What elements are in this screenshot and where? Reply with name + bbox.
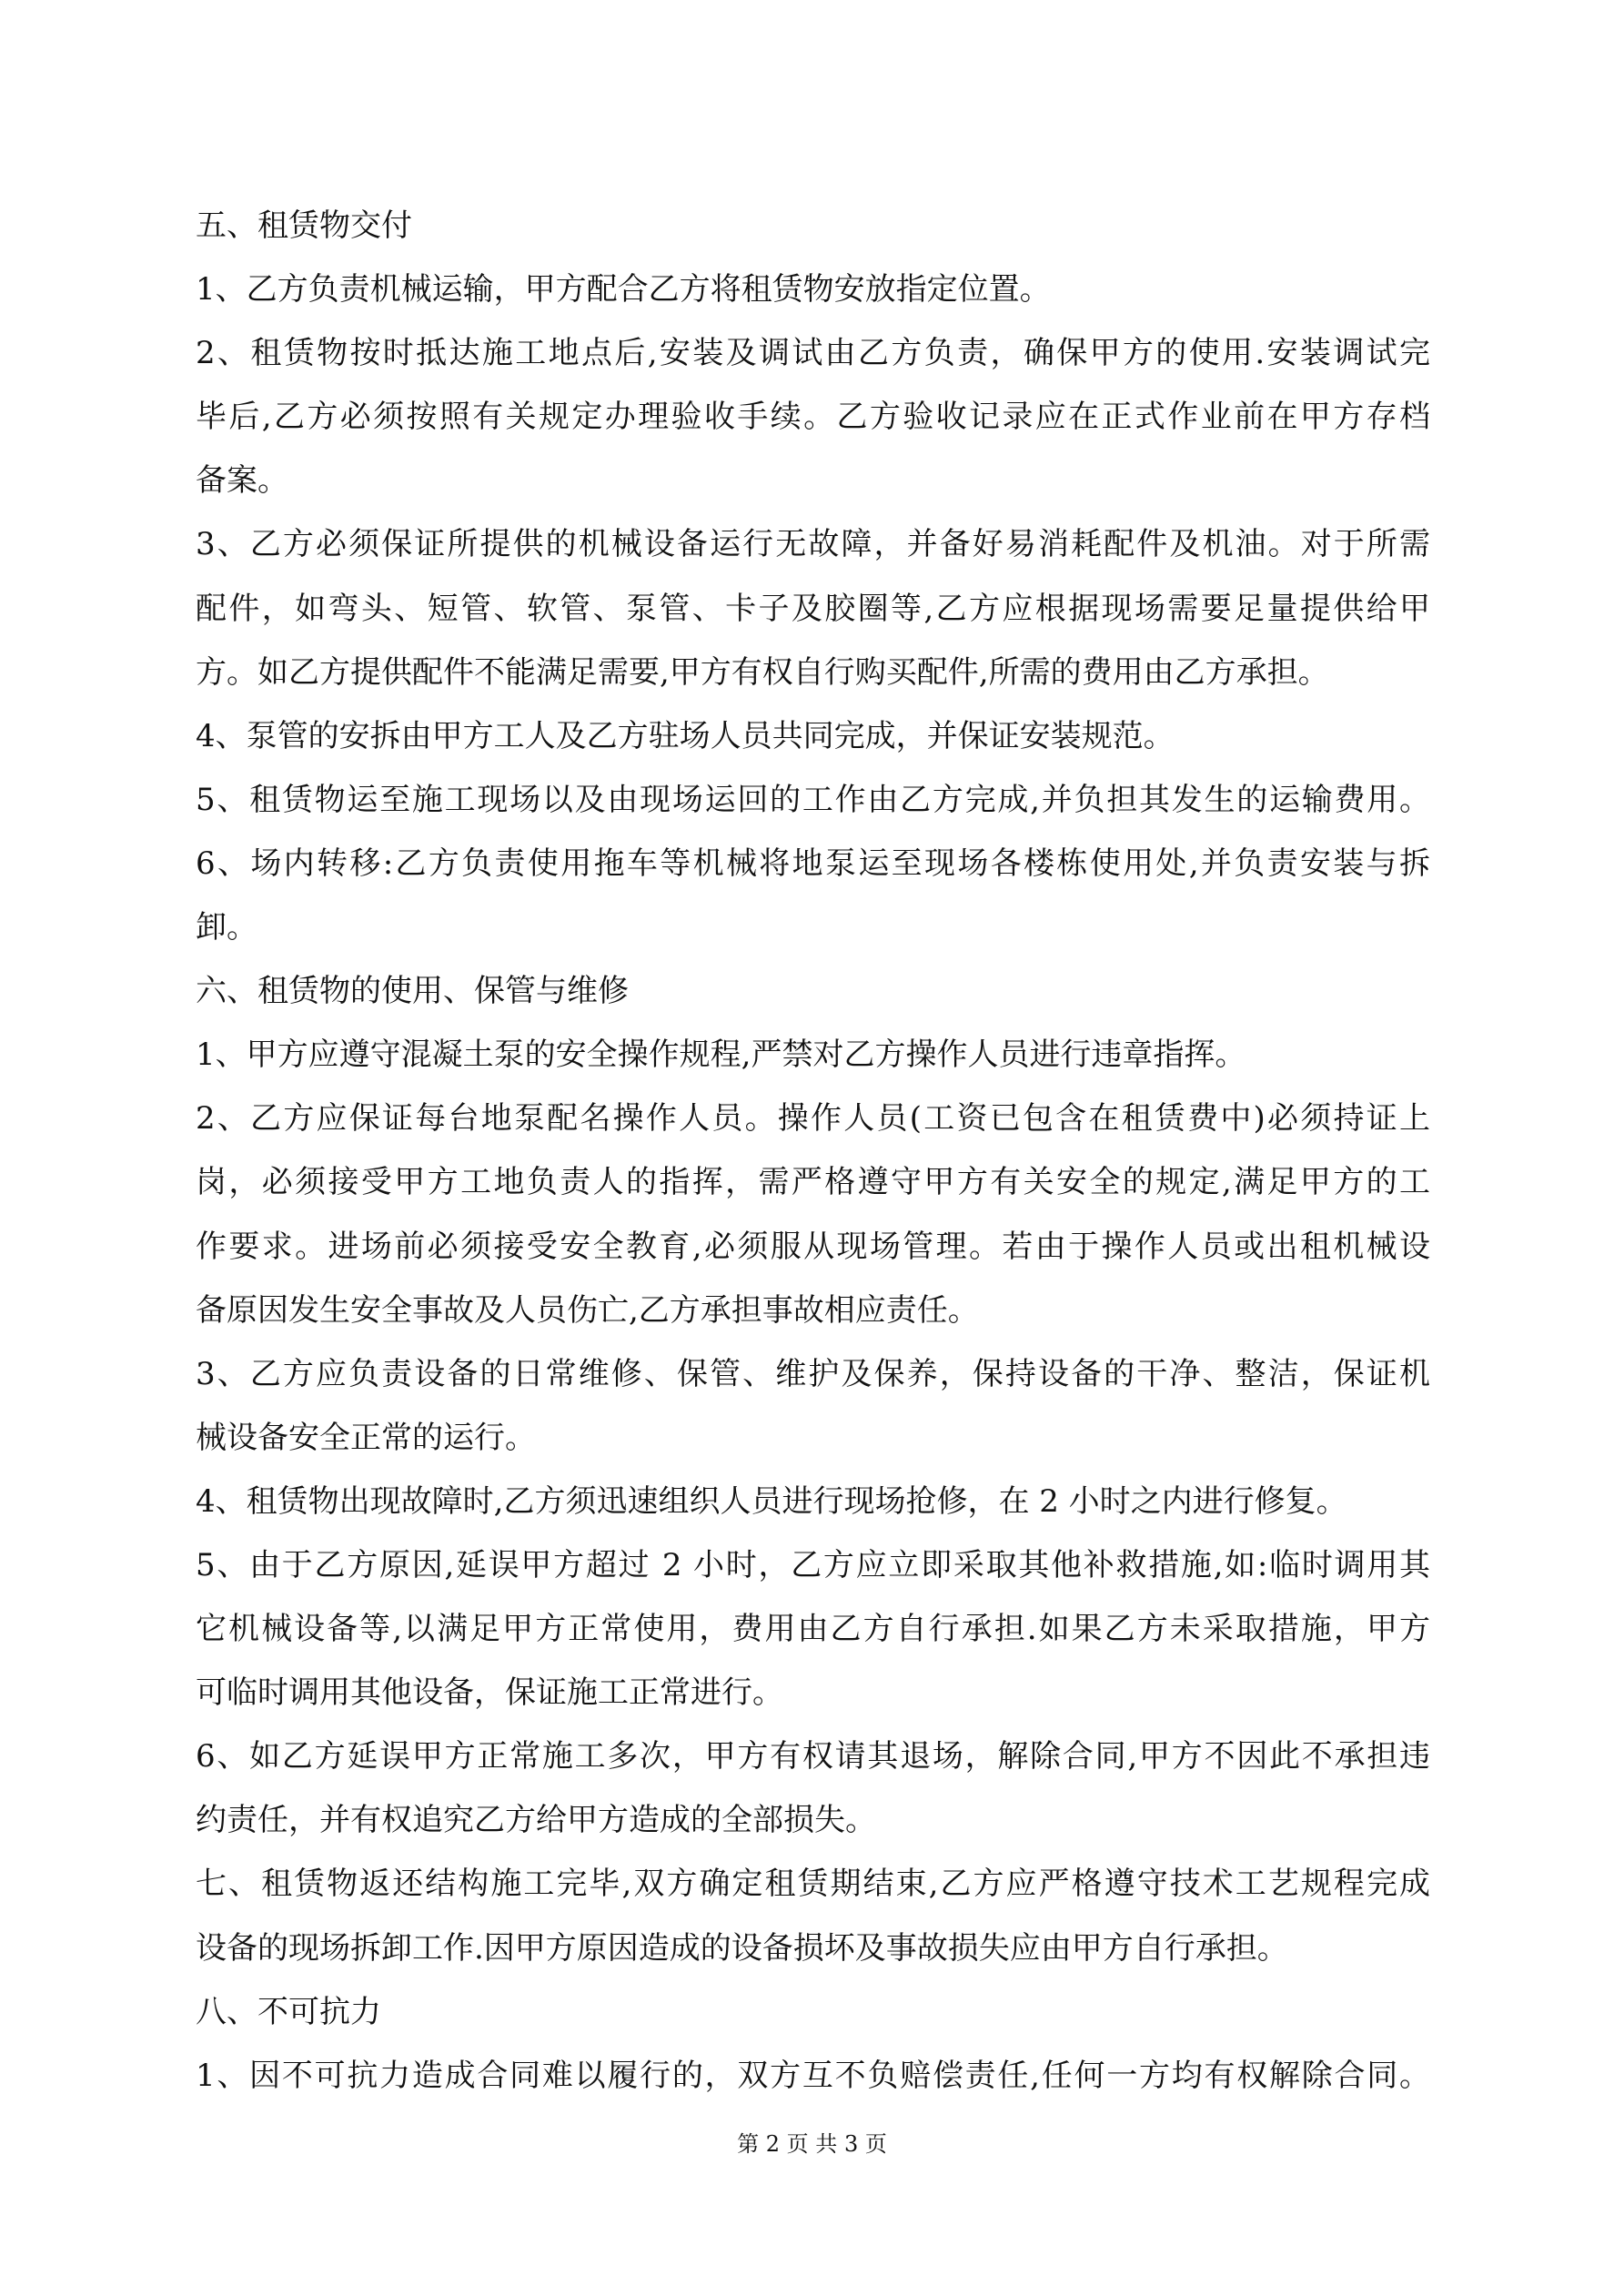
clause-6-5-line-1: 5、由于乙方原因,延误甲方超过 2 小时，乙方应立即采取其他补救措施,如:临时调… bbox=[196, 1543, 1430, 1607]
clause-6-5-line-2: 它机械设备等,以满足甲方正常使用，费用由乙方自行承担.如果乙方未采取措施，甲方 bbox=[196, 1607, 1430, 1671]
section-heading-use-maintenance: 六、租赁物的使用、保管与维修 bbox=[196, 969, 1430, 1033]
section-heading-force-majeure: 八、不可抗力 bbox=[196, 1990, 1430, 2054]
clause-5-5: 5、租赁物运至施工现场以及由现场运回的工作由乙方完成,并负担其发生的运输费用。 bbox=[196, 778, 1430, 842]
clause-5-2-line-2: 毕后,乙方必须按照有关规定办理验收手续。乙方验收记录应在正式作业前在甲方存档 bbox=[196, 395, 1430, 459]
clause-5-3-line-3: 方。如乙方提供配件不能满足需要,甲方有权自行购买配件,所需的费用由乙方承担。 bbox=[196, 651, 1430, 714]
clause-6-2-line-2: 岗，必须接受甲方工地负责人的指挥，需严格遵守甲方有关安全的规定,满足甲方的工 bbox=[196, 1160, 1430, 1224]
clause-5-2-line-1: 2、租赁物按时抵达施工地点后,安装及调试由乙方负责，确保甲方的使用.安装调试完 bbox=[196, 331, 1430, 395]
clause-6-3-line-1: 3、乙方应负责设备的日常维修、保管、维护及保养，保持设备的干净、整洁，保证机 bbox=[196, 1352, 1430, 1416]
clause-6-4: 4、租赁物出现故障时,乙方须迅速组织人员进行现场抢修，在 2 小时之内进行修复。 bbox=[196, 1480, 1430, 1543]
document-page: 五、租赁物交付 1、乙方负责机械运输，甲方配合乙方将租赁物安放指定位置。 2、租… bbox=[0, 0, 1624, 2296]
clause-5-6-line-1: 6、场内转移:乙方负责使用拖车等机械将地泵运至现场各楼栋使用处,并负责安装与拆 bbox=[196, 842, 1430, 905]
clause-6-2-line-1: 2、乙方应保证每台地泵配名操作人员。操作人员(工资已包含在租赁费中)必须持证上 bbox=[196, 1097, 1430, 1160]
clause-5-3-line-1: 3、乙方必须保证所提供的机械设备运行无故障，并备好易消耗配件及机油。对于所需 bbox=[196, 522, 1430, 586]
section-heading-return-line-1: 七、租赁物返还结构施工完毕,双方确定租赁期结束,乙方应严格遵守技术工艺规程完成 bbox=[196, 1862, 1430, 1926]
clause-6-2-line-4: 备原因发生安全事故及人员伤亡,乙方承担事故相应责任。 bbox=[196, 1289, 1430, 1352]
clause-5-1: 1、乙方负责机械运输，甲方配合乙方将租赁物安放指定位置。 bbox=[196, 268, 1430, 331]
clause-6-5-line-3: 可临时调用其他设备，保证施工正常进行。 bbox=[196, 1671, 1430, 1735]
section-heading-return-line-2: 设备的现场拆卸工作.因甲方原因造成的设备损坏及事故损失应由甲方自行承担。 bbox=[196, 1927, 1430, 1990]
page-number-footer: 第 2 页 共 3 页 bbox=[0, 2129, 1624, 2159]
clause-6-1: 1、甲方应遵守混凝土泵的安全操作规程,严禁对乙方操作人员进行违章指挥。 bbox=[196, 1033, 1430, 1097]
clause-6-3-line-2: 械设备安全正常的运行。 bbox=[196, 1416, 1430, 1480]
section-heading-delivery: 五、租赁物交付 bbox=[196, 204, 1430, 268]
clause-5-2-line-3: 备案。 bbox=[196, 459, 1430, 522]
clause-6-6-line-1: 6、如乙方延误甲方正常施工多次，甲方有权请其退场，解除合同,甲方不因此不承担违 bbox=[196, 1735, 1430, 1798]
clause-6-6-line-2: 约责任，并有权追究乙方给甲方造成的全部损失。 bbox=[196, 1798, 1430, 1862]
clause-6-2-line-3: 作要求。进场前必须接受安全教育,必须服从现场管理。若由于操作人员或出租机械设 bbox=[196, 1225, 1430, 1289]
clause-5-6-line-2: 卸。 bbox=[196, 905, 1430, 969]
clause-5-4: 4、泵管的安拆由甲方工人及乙方驻场人员共同完成，并保证安装规范。 bbox=[196, 714, 1430, 778]
contract-body: 五、租赁物交付 1、乙方负责机械运输，甲方配合乙方将租赁物安放指定位置。 2、租… bbox=[196, 204, 1430, 2118]
clause-8-1: 1、因不可抗力造成合同难以履行的，双方互不负赔偿责任,任何一方均有权解除合同。 bbox=[196, 2054, 1430, 2118]
clause-5-3-line-2: 配件，如弯头、短管、软管、泵管、卡子及胶圈等,乙方应根据现场需要足量提供给甲 bbox=[196, 587, 1430, 651]
